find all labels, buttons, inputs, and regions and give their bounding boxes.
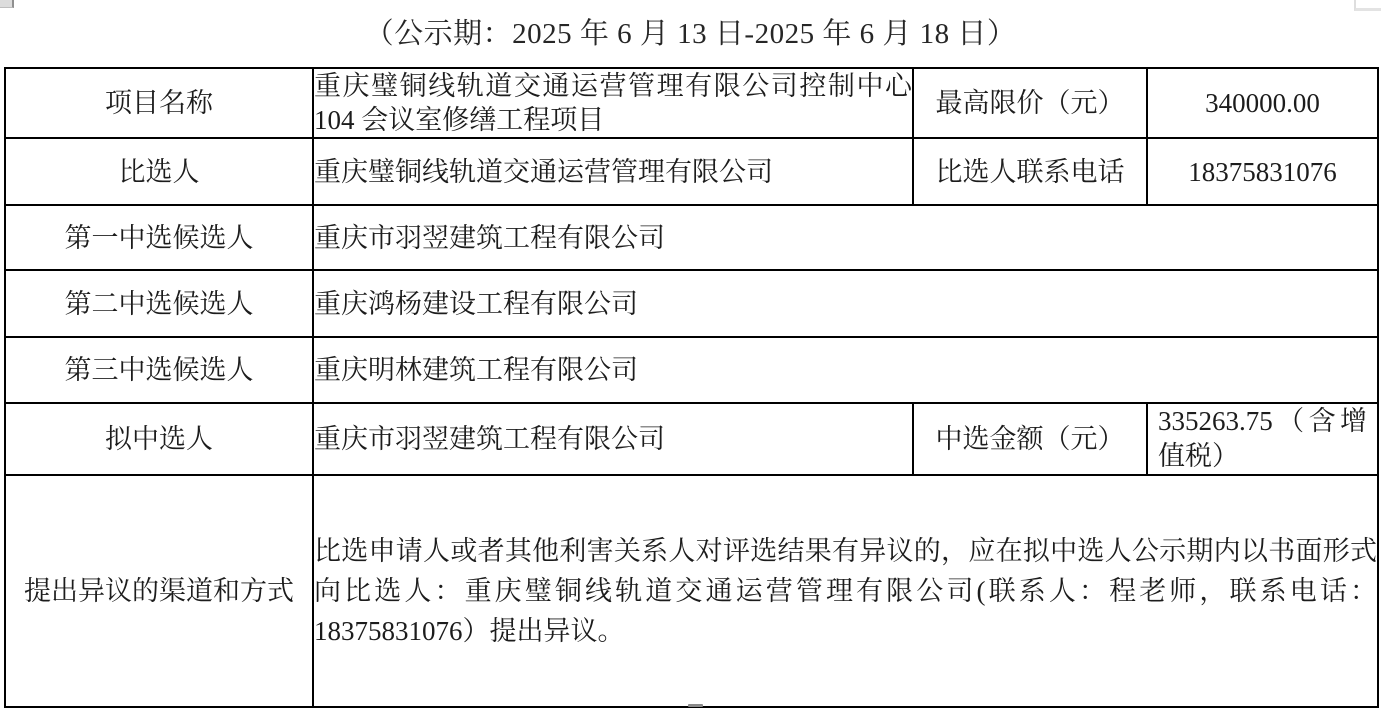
- objection-channel-label: 提出异议的渠道和方式: [5, 475, 313, 707]
- table-row: 提出异议的渠道和方式 比选申请人或者其他利害关系人对评选结果有异议的，应在拟中选…: [5, 475, 1378, 707]
- winning-amount-label: 中选金额（元）: [913, 403, 1147, 475]
- table-row: 项目名称 重庆璧铜线轨道交通运营管理有限公司控制中心104 会议室修缮工程项目 …: [5, 68, 1378, 138]
- selection-result-table: 项目名称 重庆璧铜线轨道交通运营管理有限公司控制中心104 会议室修缮工程项目 …: [4, 67, 1379, 708]
- document-page: （公示期：2025 年 6 月 13 日-2025 年 6 月 18 日） 项目…: [0, 0, 1381, 710]
- max-price-label: 最高限价（元）: [913, 68, 1147, 138]
- table-row: 比选人 重庆璧铜线轨道交通运营管理有限公司 比选人联系电话 1837583107…: [5, 138, 1378, 205]
- table-row: 第二中选候选人 重庆鸿杨建设工程有限公司: [5, 270, 1378, 337]
- third-candidate-label: 第三中选候选人: [5, 337, 313, 403]
- first-candidate-label: 第一中选候选人: [5, 205, 313, 270]
- table-row: 第三中选候选人 重庆明林建筑工程有限公司: [5, 337, 1378, 403]
- table-row: 拟中选人 重庆市羽翌建筑工程有限公司 中选金额（元） 335263.75（含增值…: [5, 403, 1378, 475]
- screen-artifact-bottom-center: [688, 704, 703, 707]
- publicity-period-title: （公示期：2025 年 6 月 13 日-2025 年 6 月 18 日）: [0, 14, 1381, 54]
- first-candidate-value: 重庆市羽翌建筑工程有限公司: [313, 205, 1378, 270]
- max-price-value: 340000.00: [1147, 68, 1378, 138]
- selector-value: 重庆璧铜线轨道交通运营管理有限公司: [313, 138, 913, 205]
- selector-phone-value: 18375831076: [1147, 138, 1378, 205]
- table-row: 第一中选候选人 重庆市羽翌建筑工程有限公司: [5, 205, 1378, 270]
- objection-channel-value: 比选申请人或者其他利害关系人对评选结果有异议的，应在拟中选人公示期内以书面形式向…: [313, 475, 1378, 707]
- third-candidate-value: 重庆明林建筑工程有限公司: [313, 337, 1378, 403]
- proposed-winner-label: 拟中选人: [5, 403, 313, 475]
- second-candidate-value: 重庆鸿杨建设工程有限公司: [313, 270, 1378, 337]
- proposed-winner-value: 重庆市羽翌建筑工程有限公司: [313, 403, 913, 475]
- second-candidate-label: 第二中选候选人: [5, 270, 313, 337]
- screen-artifact-top-left: [0, 0, 14, 8]
- winning-amount-value: 335263.75（含增值税）: [1147, 403, 1378, 475]
- selector-label: 比选人: [5, 138, 313, 205]
- project-name-label: 项目名称: [5, 68, 313, 138]
- selector-phone-label: 比选人联系电话: [913, 138, 1147, 205]
- screen-artifact-top-right: [1354, 0, 1381, 11]
- project-name-value: 重庆璧铜线轨道交通运营管理有限公司控制中心104 会议室修缮工程项目: [313, 68, 913, 138]
